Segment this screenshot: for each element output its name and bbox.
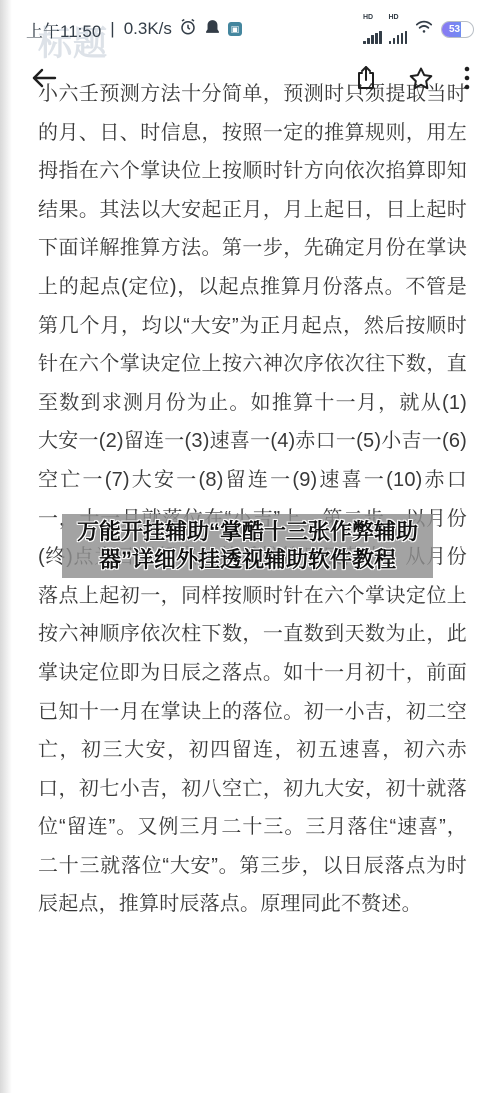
alarm-clock-icon <box>179 18 197 41</box>
nav-bar <box>0 52 500 104</box>
watermark-line-2: 器”详细外挂透视辅助软件教程 <box>99 546 396 574</box>
battery-indicator: 53 <box>441 21 474 38</box>
battery-percent: 53 <box>442 22 467 37</box>
mini-app-badge-icon: ▣ <box>228 22 242 36</box>
status-right: HD HD <box>363 14 474 44</box>
hd-label: HD <box>363 14 373 21</box>
screen: 上午11:50 | 0.3K/s ▣ HD <box>0 0 500 1093</box>
cellular-signal-icon-1: HD <box>363 14 382 44</box>
status-separator: | <box>110 19 114 39</box>
clock-time: 上午11:50 <box>26 17 101 42</box>
status-bar: 上午11:50 | 0.3K/s ▣ HD <box>0 0 500 52</box>
nav-actions <box>354 65 470 91</box>
share-button[interactable] <box>354 65 378 91</box>
wifi-icon <box>414 19 434 40</box>
cellular-signal-icon-2: HD <box>389 14 408 44</box>
article-body[interactable]: 小六壬预测方法十分简单，预测时只须提取当时的月、日、时信息，按照一定的推算规则，… <box>0 75 500 924</box>
more-menu-button[interactable] <box>464 66 470 90</box>
status-left: 上午11:50 | 0.3K/s ▣ <box>26 17 242 42</box>
favorite-star-button[interactable] <box>408 66 434 91</box>
watermark-banner: 万能开挂辅助“掌酷十三张作弊辅助 器”详细外挂透视辅助软件教程 <box>62 514 433 578</box>
hd-label: HD <box>389 14 399 21</box>
notification-silhouette-icon <box>204 18 221 40</box>
network-speed: 0.3K/s <box>124 19 172 39</box>
back-button[interactable] <box>30 66 58 90</box>
watermark-line-1: 万能开挂辅助“掌酷十三张作弊辅助 <box>77 518 418 546</box>
